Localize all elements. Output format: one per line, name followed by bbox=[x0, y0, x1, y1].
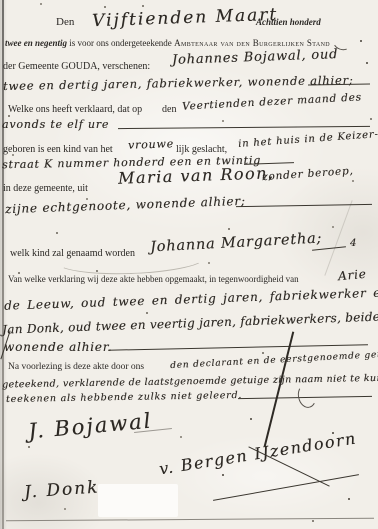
printed-year-part1: Achttien honderd bbox=[256, 17, 321, 27]
handwritten-birth-date: Veertienden dezer maand des bbox=[182, 91, 362, 112]
handwritten-date: Vijftienden Maart bbox=[92, 5, 279, 31]
signature-declarant: J. Bojawal bbox=[27, 409, 153, 444]
fill-rule bbox=[118, 126, 370, 129]
handwritten-address-1: in het huis in de Keizer- bbox=[238, 129, 378, 150]
fill-rule bbox=[312, 246, 346, 251]
printed-officiant-text: is voor ons ondergeteekende bbox=[69, 38, 172, 48]
printed-officiant-title: Ambtenaar van den Burgerlijken Stand bbox=[174, 38, 330, 48]
printed-sex-suffix: lijk geslacht, bbox=[176, 144, 227, 155]
handwritten-closing-1: den declarant en de eerstgenoemde getuig… bbox=[170, 349, 378, 371]
handwritten-witness-residence: wonende alhier. bbox=[4, 340, 113, 354]
pen-stroke bbox=[264, 332, 294, 447]
handwritten-birth-time: avonds te elf ure bbox=[2, 118, 109, 131]
pen-curl bbox=[296, 382, 319, 409]
fill-rule bbox=[108, 344, 368, 350]
signature-witness: J. Donk bbox=[23, 477, 100, 502]
handwritten-mother-occupation: zonder beroep, bbox=[262, 165, 354, 183]
fill-rule bbox=[236, 204, 372, 207]
handwritten-witness1: de Leeuw, oud twee en dertig jaren, fabr… bbox=[4, 285, 378, 312]
signature-registrar: v. Bergen IJzendoorn bbox=[158, 428, 358, 478]
handwritten-closing-2: geteekend, verklarende de laatstgenoemde… bbox=[2, 373, 378, 391]
preprinted-official-line: twee en negentig is voor ons ondergeteek… bbox=[5, 38, 330, 48]
printed-declared: Welke ons heeft verklaard, dat op bbox=[8, 104, 142, 115]
handwritten-sex: vrouwe bbox=[128, 137, 174, 152]
printed-declared-den: den bbox=[162, 104, 176, 115]
paper-crease bbox=[324, 200, 352, 276]
printed-naming: welk kind zal genaamd worden bbox=[10, 248, 135, 259]
signature-swash bbox=[213, 474, 359, 501]
handwritten-child-name: Johanna Margaretha; bbox=[150, 231, 323, 256]
handwritten-flourish-mark: 4 bbox=[350, 238, 357, 249]
page-bottom-rule bbox=[6, 518, 374, 522]
handwritten-closing-3: teekenen als hebbende zulks niet geleerd… bbox=[6, 390, 242, 405]
handwritten-declarant-name: Johannes Bojawal, oud bbox=[172, 47, 339, 68]
printed-year-part2: twee en negentig bbox=[5, 38, 67, 48]
printed-in-municipality: in deze gemeente, uit bbox=[3, 183, 88, 194]
handwritten-witness1-firstname: Arie bbox=[337, 267, 367, 283]
paper-specks bbox=[0, 0, 2, 2]
printed-closing: Na voorlezing is deze akte door ons bbox=[8, 362, 144, 372]
document-page: Den Vijftienden Maart Achttien honderd t… bbox=[0, 0, 378, 529]
printed-municipality: der Gemeente GOUDA, verschenen: bbox=[3, 61, 150, 72]
handwritten-mother-relation: zijne echtgenoote, wonende alhier; bbox=[5, 194, 246, 216]
printed-label-den: Den bbox=[56, 16, 74, 28]
handwritten-declarant-details: twee en dertig jaren, fabriekwerker, won… bbox=[3, 73, 354, 93]
printed-born: geboren is een kind van het bbox=[3, 144, 113, 155]
handwritten-mother-name: Maria van Roon, bbox=[118, 163, 275, 187]
whiteout-patch bbox=[98, 484, 178, 517]
printed-witnesses-intro: Van welke verklaring wij deze akte hebbe… bbox=[8, 274, 299, 284]
handwritten-witness2: Jan Donk, oud twee en veertig jaren, fab… bbox=[2, 309, 378, 336]
